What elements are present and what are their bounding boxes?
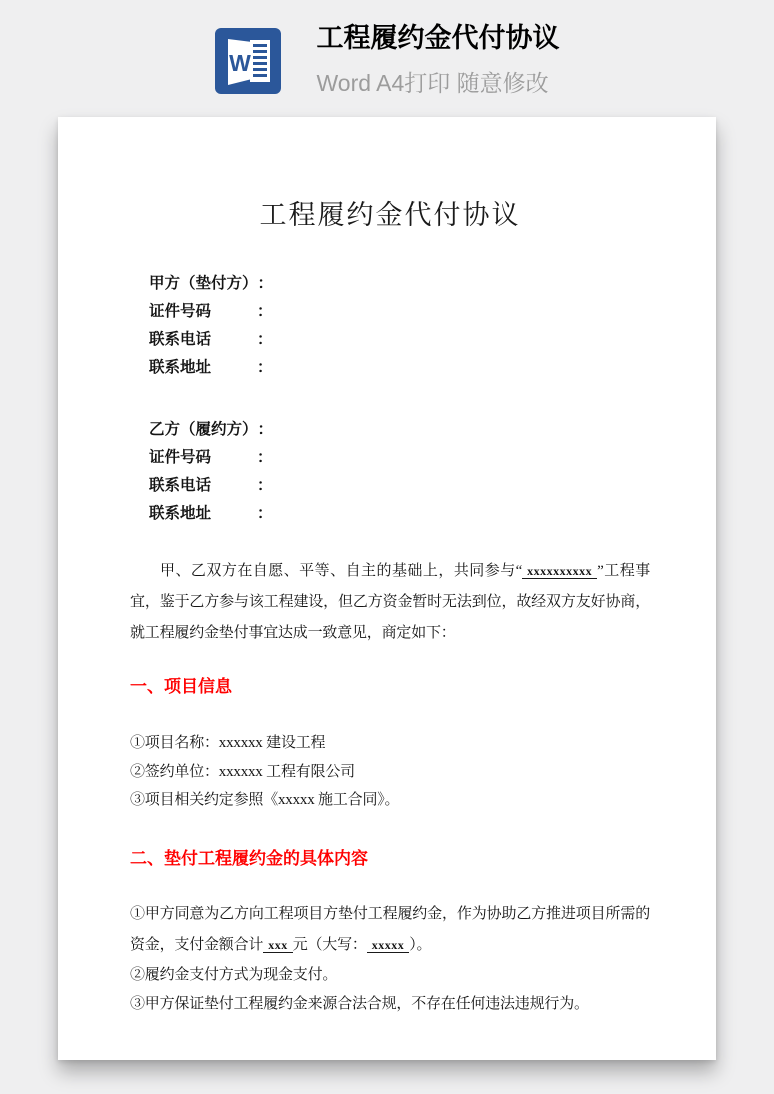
field-colon: ： bbox=[257, 331, 273, 348]
intro-text-1: 甲、乙双方在自愿、平等、自主的基础上，共同参与“ bbox=[160, 563, 522, 579]
field-row-party-b-phone: 联系电话： bbox=[149, 472, 650, 500]
list-item: ③甲方保证垫付工程履约金来源合法合规，不存在任何违法违规行为。 bbox=[130, 990, 650, 1020]
field-label: 证件号码 bbox=[149, 444, 257, 472]
field-colon: ： bbox=[258, 421, 274, 438]
field-colon: ： bbox=[257, 303, 273, 320]
header-text-group: 工程履约金代付协议 Word A4打印 随意修改 bbox=[317, 23, 560, 97]
section-1-heading: 一、项目信息 bbox=[130, 673, 650, 701]
list-item: ②签约单位：xxxxxx 工程有限公司 bbox=[130, 758, 650, 787]
template-title: 工程履约金代付协议 bbox=[317, 23, 560, 54]
field-label: 乙方（履约方） bbox=[149, 416, 258, 444]
party-b-block: 乙方（履约方）： 证件号码： 联系电话： 联系地址： bbox=[130, 416, 650, 528]
field-row-party-a-phone: 联系电话： bbox=[149, 326, 650, 354]
list-item-payment: ①甲方同意为乙方向工程项目方垫付工程履约金，作为协助乙方推进项目所需的资金，支付… bbox=[130, 899, 650, 961]
field-row-party-a-id: 证件号码： bbox=[149, 298, 650, 326]
project-name-blank: xxxxxxxxxx bbox=[522, 564, 597, 579]
payment-text-3: ）。 bbox=[409, 937, 431, 953]
field-label: 联系地址 bbox=[149, 500, 257, 528]
party-a-block: 甲方（垫付方）： 证件号码： 联系电话： 联系地址： bbox=[130, 270, 650, 382]
amount-blank: xxx bbox=[263, 938, 293, 953]
list-item: ②履约金支付方式为现金支付。 bbox=[130, 961, 650, 991]
field-label: 甲方（垫付方） bbox=[149, 270, 258, 298]
amount-words-blank: xxxxx bbox=[367, 938, 410, 953]
section-2-heading: 二、垫付工程履约金的具体内容 bbox=[130, 845, 650, 873]
payment-text-2: 元（大写： bbox=[293, 937, 367, 953]
field-label: 联系地址 bbox=[149, 354, 257, 382]
template-subtitle: Word A4打印 随意修改 bbox=[317, 65, 560, 98]
field-colon: ： bbox=[257, 359, 273, 376]
field-colon: ： bbox=[257, 449, 273, 466]
section-2-items: ①甲方同意为乙方向工程项目方垫付工程履约金，作为协助乙方推进项目所需的资金，支付… bbox=[130, 899, 650, 1020]
field-label: 联系电话 bbox=[149, 326, 257, 354]
word-icon-letter: W bbox=[229, 50, 251, 76]
field-row-party-b-address: 联系地址： bbox=[149, 500, 650, 528]
template-header: W 工程履约金代付协议 Word A4打印 随意修改 bbox=[0, 0, 774, 117]
field-label: 证件号码 bbox=[149, 298, 257, 326]
intro-paragraph: 甲、乙双方在自愿、平等、自主的基础上，共同参与“xxxxxxxxxx”工程事宜，… bbox=[130, 556, 650, 649]
word-icon: W bbox=[215, 28, 281, 94]
document-title: 工程履约金代付协议 bbox=[130, 193, 650, 232]
document-page: 工程履约金代付协议 甲方（垫付方）： 证件号码： 联系电话： 联系地址： 乙方（… bbox=[58, 117, 716, 1060]
list-item: ①项目名称：xxxxxx 建设工程 bbox=[130, 729, 650, 758]
field-row-party-b-name: 乙方（履约方）： bbox=[149, 416, 650, 444]
field-row-party-a-address: 联系地址： bbox=[149, 354, 650, 382]
field-row-party-b-id: 证件号码： bbox=[149, 444, 650, 472]
page-background: { "header": { "title": "工程履约金代付协议", "sub… bbox=[0, 0, 774, 1060]
field-colon: ： bbox=[258, 275, 274, 292]
field-row-party-a-name: 甲方（垫付方）： bbox=[149, 270, 650, 298]
section-1-items: ①项目名称：xxxxxx 建设工程 ②签约单位：xxxxxx 工程有限公司 ③项… bbox=[130, 729, 650, 815]
list-item: ③项目相关约定参照《xxxxx 施工合同》。 bbox=[130, 786, 650, 815]
field-colon: ： bbox=[257, 477, 273, 494]
field-label: 联系电话 bbox=[149, 472, 257, 500]
field-colon: ： bbox=[257, 505, 273, 522]
